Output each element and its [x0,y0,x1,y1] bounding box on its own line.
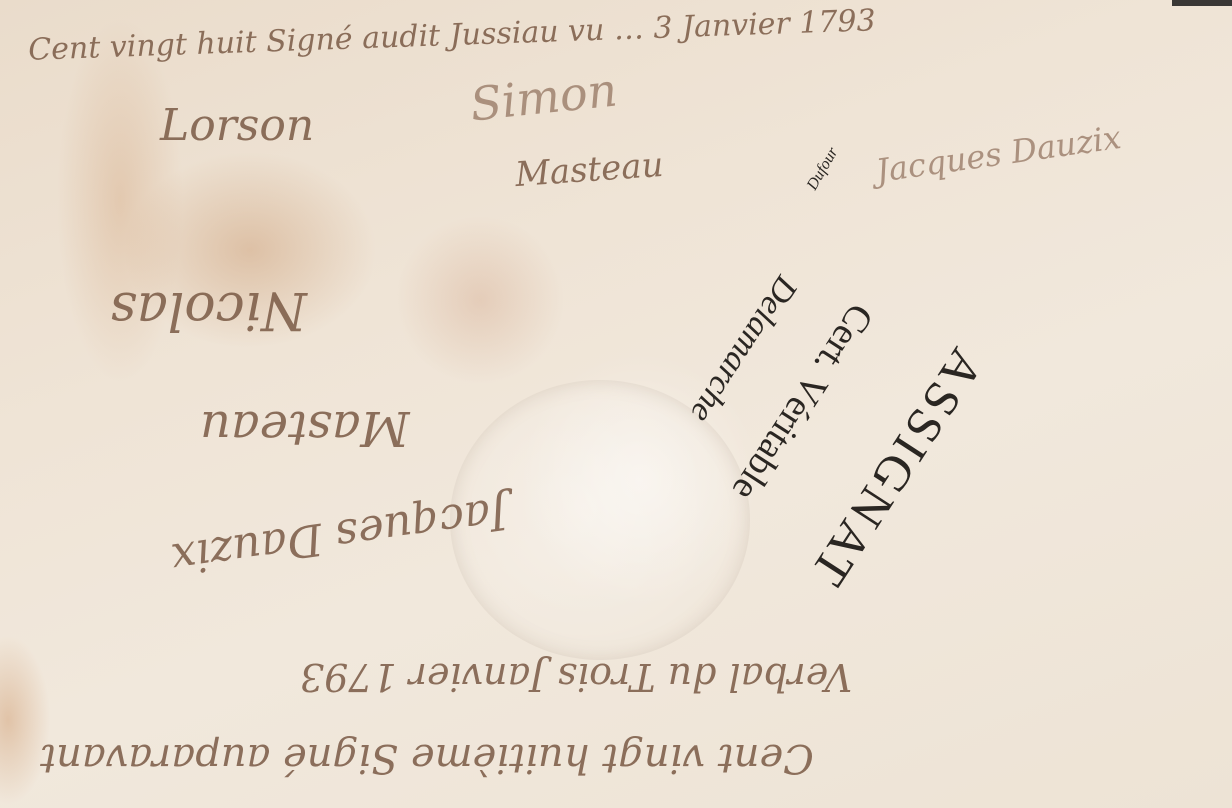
signature-lorson: Lorson [160,100,314,151]
signature-simon: Simon [468,62,620,131]
bottom-endorsement-line-2: Cent vingt huitième Signé auparavant [40,735,814,781]
document-photo: Cent vingt huit Signé audit Jussiau vu …… [0,0,1232,808]
top-endorsement-line: Cent vingt huit Signé audit Jussiau vu …… [28,3,877,68]
signature-masteau-top: Masteau [514,145,665,195]
photo-edge [1172,0,1232,6]
signature-masteau-left: Masteau [200,400,410,456]
signature-dauzix-top: Jacques Dauzix [874,118,1124,190]
small-stamp-mark: Dufour [804,144,843,193]
bottom-endorsement-line-1: Verbal du Trois Janvier 1793 [300,655,852,699]
signature-nicolas: Nicolas [110,280,307,340]
